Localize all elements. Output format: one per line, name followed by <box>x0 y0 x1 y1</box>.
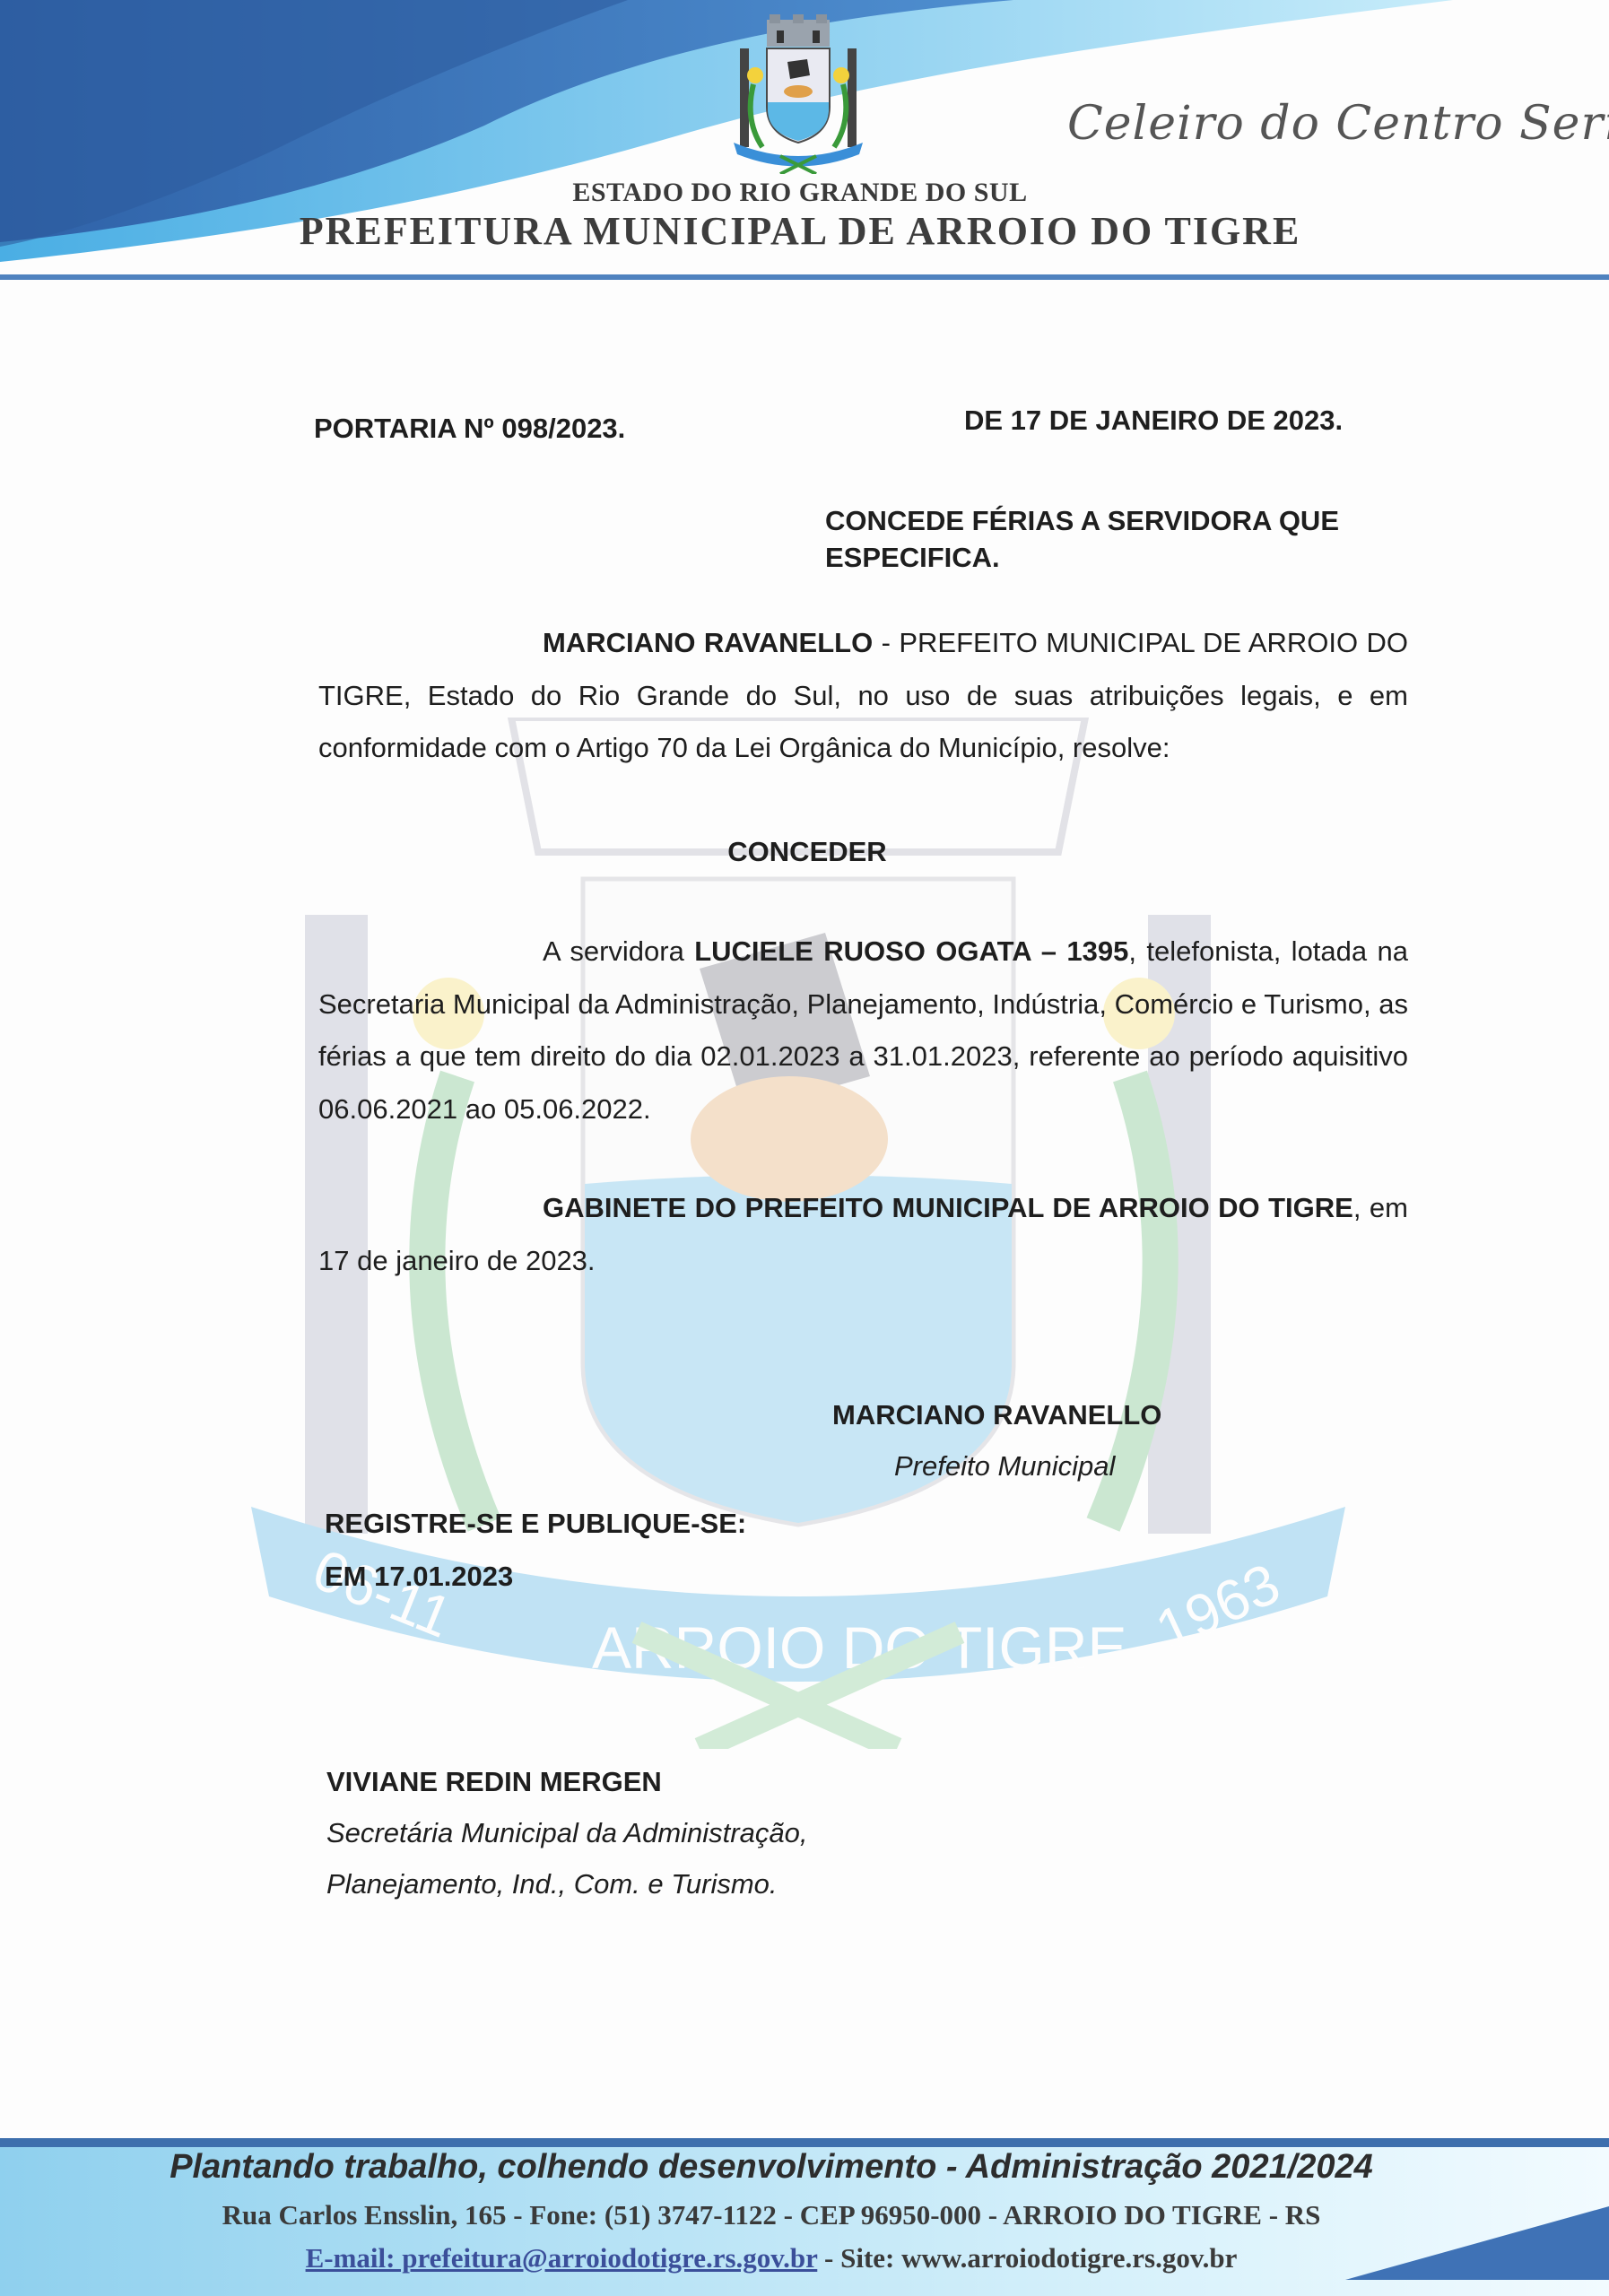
footer-slogan: Plantando trabalho, colhendo desenvolvim… <box>0 2148 1543 2187</box>
secretary-title-line-2: Planejamento, Ind., Com. e Turismo. <box>326 1866 778 1902</box>
municipal-crest-logo <box>718 13 879 174</box>
secretary-name: VIVIANE REDIN MERGEN <box>326 1764 662 1800</box>
site-text: - Site: www.arroiodotigre.rs.gov.br <box>817 2242 1237 2274</box>
mayor-signature-name: MARCIANO RAVANELLO <box>832 1397 1161 1433</box>
closing-paragraph: GABINETE DO PREFEITO MUNICIPAL DE ARROIO… <box>318 1182 1408 1287</box>
ementa-line-1: CONCEDE FÉRIAS A SERVIDORA QUE <box>825 503 1339 539</box>
email-link[interactable]: E-mail: prefeitura@arroiodotigre.rs.gov.… <box>306 2242 818 2274</box>
header-divider <box>0 274 1609 280</box>
municipal-motto: Celeiro do Centro Serra <box>1067 97 1570 151</box>
secretary-title-line-1: Secretária Municipal da Administração, <box>326 1815 807 1851</box>
body-paragraph: A servidora LUCIELE RUOSO OGATA – 1395, … <box>318 926 1408 1135</box>
footer-address: Rua Carlos Ensslin, 165 - Fone: (51) 374… <box>0 2199 1543 2231</box>
register-line-1: REGISTRE-SE E PUBLIQUE-SE: <box>325 1506 746 1542</box>
mayor-name: MARCIANO RAVANELLO <box>543 627 873 658</box>
portaria-date: DE 17 DE JANEIRO DE 2023. <box>964 403 1343 439</box>
body-prefix: A servidora <box>543 935 694 967</box>
footer-contact: E-mail: prefeitura@arroiodotigre.rs.gov.… <box>0 2242 1543 2274</box>
register-line-2: EM 17.01.2023 <box>325 1559 513 1595</box>
preamble-paragraph: MARCIANO RAVANELLO - PREFEITO MUNICIPAL … <box>318 617 1408 775</box>
mayor-signature-title: Prefeito Municipal <box>894 1448 1115 1484</box>
servant-name: LUCIELE RUOSO OGATA – 1395 <box>694 935 1128 967</box>
state-name: ESTADO DO RIO GRANDE DO SUL <box>0 178 1605 208</box>
closing-bold: GABINETE DO PREFEITO MUNICIPAL DE ARROIO… <box>543 1192 1353 1223</box>
prefeitura-name: PREFEITURA MUNICIPAL DE ARROIO DO TIGRE <box>0 208 1605 254</box>
ementa-line-2: ESPECIFICA. <box>825 540 1000 576</box>
action-heading: CONCEDER <box>3 834 1609 870</box>
portaria-number: PORTARIA Nº 098/2023. <box>314 411 625 447</box>
